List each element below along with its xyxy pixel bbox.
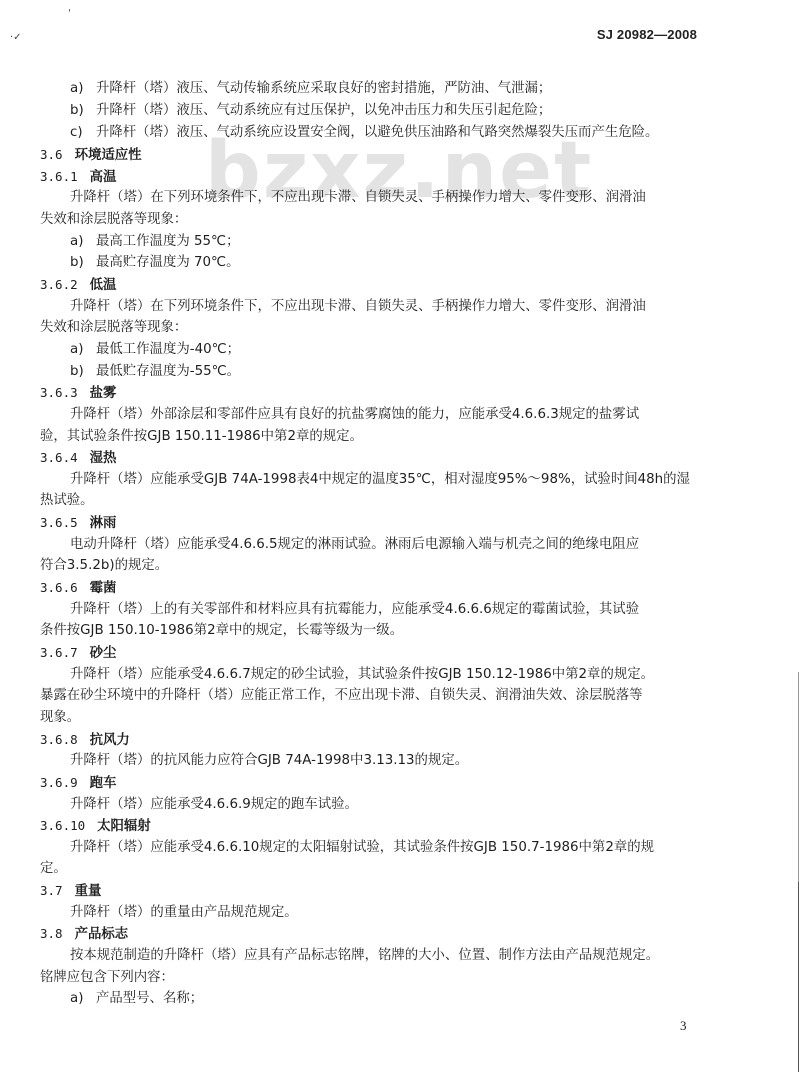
list-item: b)最低贮存温度为-55℃。 <box>70 362 240 382</box>
page-number: 3 <box>680 1018 687 1034</box>
list-item-text: 升降杆（塔）液压、气动系统应有过压保护，以免冲击压力和失压引起危险； <box>96 103 551 118</box>
paragraph-line: 升降杆（塔）的抗风能力应符合GJB 74A-1998中3.13.13的规定。 <box>70 751 468 771</box>
section-title: 抗风力 <box>90 733 130 748</box>
section-title: 湿热 <box>90 451 117 466</box>
section-number: 3.6.10 <box>40 816 85 836</box>
list-item-text: 最低工作温度为-40℃； <box>96 342 240 357</box>
paragraph-continuation: 定。 <box>40 859 67 879</box>
section-number: 3.6.3 <box>40 383 78 403</box>
list-item-label: b) <box>70 253 96 273</box>
list-item: a)升降杆（塔）液压、气动传输系统应采取良好的密封措施，严防油、气泄漏； <box>70 79 551 99</box>
list-item-label: b) <box>70 362 96 382</box>
section-number: 3.6.2 <box>40 275 78 295</box>
section-heading: 3.6.10太阳辐射 <box>40 816 151 837</box>
section-number: 3.6.9 <box>40 773 78 793</box>
section-heading: 3.6.5淋雨 <box>40 513 116 534</box>
document-page: ' ·✓ SJ 20982—2008 bzxz.net a)升降杆（塔）液压、气… <box>0 0 800 1072</box>
paragraph-continuation: 符合3.5.2b)的规定。 <box>40 556 168 576</box>
paragraph-line: 按本规范制造的升降杆（塔）应具有产品标志铭牌，铭牌的大小、位置、制作方法由产品规… <box>70 946 659 966</box>
paragraph-continuation: 热试验。 <box>40 491 94 511</box>
paragraph-line: 升降杆（塔）应能承受GJB 74A-1998表4中规定的温度35℃，相对湿度95… <box>70 470 690 490</box>
section-title: 重量 <box>75 884 102 899</box>
paragraph-continuation: 失效和涂层脱落等现象： <box>40 318 187 338</box>
section-number: 3.8 <box>40 924 63 944</box>
list-item-label: a) <box>70 79 96 99</box>
paragraph-continuation: 验，其试验条件按GJB 150.11-1986中第2章的规定。 <box>40 427 363 447</box>
section-number: 3.6.6 <box>40 578 78 598</box>
section-heading: 3.6.6霉菌 <box>40 578 116 599</box>
paragraph-line: 升降杆（塔）的重量由产品规范规定。 <box>70 903 298 923</box>
list-item-label: a) <box>70 989 96 1009</box>
list-item-text: 升降杆（塔）液压、气动传输系统应采取良好的密封措施，严防油、气泄漏； <box>96 81 551 96</box>
list-item: a)产品型号、名称； <box>70 989 203 1009</box>
list-item-label: a) <box>70 232 96 252</box>
list-item-label: b) <box>70 101 96 121</box>
paragraph-line: 升降杆（塔）在下列环境条件下，不应出现卡滞、自锁失灵、手柄操作力增大、零件变形、… <box>70 297 646 317</box>
section-number: 3.7 <box>40 881 63 901</box>
list-item-text: 产品型号、名称； <box>96 991 203 1006</box>
paragraph-line: 升降杆（塔）在下列环境条件下，不应出现卡滞、自锁失灵、手柄操作力增大、零件变形、… <box>70 188 646 208</box>
section-number: 3.6.8 <box>40 730 78 750</box>
section-heading: 3.6.9跑车 <box>40 773 116 794</box>
section-title: 霉菌 <box>90 581 117 596</box>
section-title: 跑车 <box>90 776 117 791</box>
list-item-label: c) <box>70 123 96 143</box>
section-heading: 3.6.3盐雾 <box>40 383 116 404</box>
list-item: c)升降杆（塔）液压、气动系统应设置安全阀，以避免供压油路和气路突然爆裂失压而产… <box>70 123 658 143</box>
section-heading: 3.6.4湿热 <box>40 448 116 469</box>
section-title: 太阳辐射 <box>97 819 151 834</box>
paragraph-line: 电动升降杆（塔）应能承受4.6.6.5规定的淋雨试验。淋雨后电源输入端与机壳之间… <box>70 535 639 555</box>
paragraph-continuation: 条件按GJB 150.10-1986第2章中的规定，长霉等级为一级。 <box>40 621 403 641</box>
list-item: a)最高工作温度为 55℃； <box>70 232 239 252</box>
section-number: 3.6.4 <box>40 448 78 468</box>
section-number: 3.6.1 <box>40 167 78 187</box>
paragraph-line: 升降杆（塔）应能承受4.6.6.7规定的砂尘试验，其试验条件按GJB 150.1… <box>70 665 654 685</box>
section-number: 3.6.7 <box>40 643 78 663</box>
section-title: 砂尘 <box>90 646 117 661</box>
scan-mark: ' <box>68 8 71 19</box>
section-heading: 3.6环境适应性 <box>40 145 142 166</box>
section-title: 淋雨 <box>90 516 117 531</box>
paragraph-continuation: 铭牌应包含下列内容： <box>40 968 174 988</box>
list-item-text: 最高工作温度为 55℃； <box>96 234 239 249</box>
section-title: 产品标志 <box>75 927 129 942</box>
section-heading: 3.6.2低温 <box>40 275 116 296</box>
list-item-text: 升降杆（塔）液压、气动系统应设置安全阀，以避免供压油路和气路突然爆裂失压而产生危… <box>96 125 658 140</box>
section-heading: 3.7重量 <box>40 881 101 902</box>
section-number: 3.6.5 <box>40 513 78 533</box>
paragraph-continuation: 现象。 <box>40 708 80 728</box>
list-item-text: 最低贮存温度为-55℃。 <box>96 364 240 379</box>
section-title: 盐雾 <box>90 386 117 401</box>
paragraph-line: 升降杆（塔）外部涂层和零部件应具有良好的抗盐雾腐蚀的能力，应能承受4.6.6.3… <box>70 405 639 425</box>
list-item: a)最低工作温度为-40℃； <box>70 340 240 360</box>
paragraph-line: 升降杆（塔）应能承受4.6.6.10规定的太阳辐射试验，其试验条件按GJB 15… <box>70 838 654 858</box>
section-number: 3.6 <box>40 145 63 165</box>
paragraph-line: 升降杆（塔）上的有关零部件和材料应具有抗霉能力，应能承受4.6.6.6规定的霉菌… <box>70 600 639 620</box>
section-heading: 3.6.1高温 <box>40 167 116 188</box>
list-item: b)最高贮存温度为 70℃。 <box>70 253 239 273</box>
list-item-text: 最高贮存温度为 70℃。 <box>96 255 239 270</box>
section-heading: 3.6.8抗风力 <box>40 730 130 751</box>
section-title: 高温 <box>90 170 117 185</box>
list-item: b)升降杆（塔）液压、气动系统应有过压保护，以免冲击压力和失压引起危险； <box>70 101 551 121</box>
list-item-label: a) <box>70 340 96 360</box>
section-title: 低温 <box>90 278 117 293</box>
section-title: 环境适应性 <box>75 148 142 163</box>
scan-mark: ·✓ <box>10 32 22 43</box>
scan-edge-line <box>798 882 799 1072</box>
section-heading: 3.8产品标志 <box>40 924 128 945</box>
standard-number: SJ 20982—2008 <box>597 27 697 42</box>
section-heading: 3.6.7砂尘 <box>40 643 116 664</box>
paragraph-continuation: 暴露在砂尘环境中的升降杆（塔）应能正常工作，不应出现卡滞、自锁失灵、润滑油失效、… <box>40 686 643 706</box>
scan-edge-line <box>798 672 799 882</box>
paragraph-continuation: 失效和涂层脱落等现象： <box>40 210 187 230</box>
paragraph-line: 升降杆（塔）应能承受4.6.6.9规定的跑车试验。 <box>70 795 358 815</box>
